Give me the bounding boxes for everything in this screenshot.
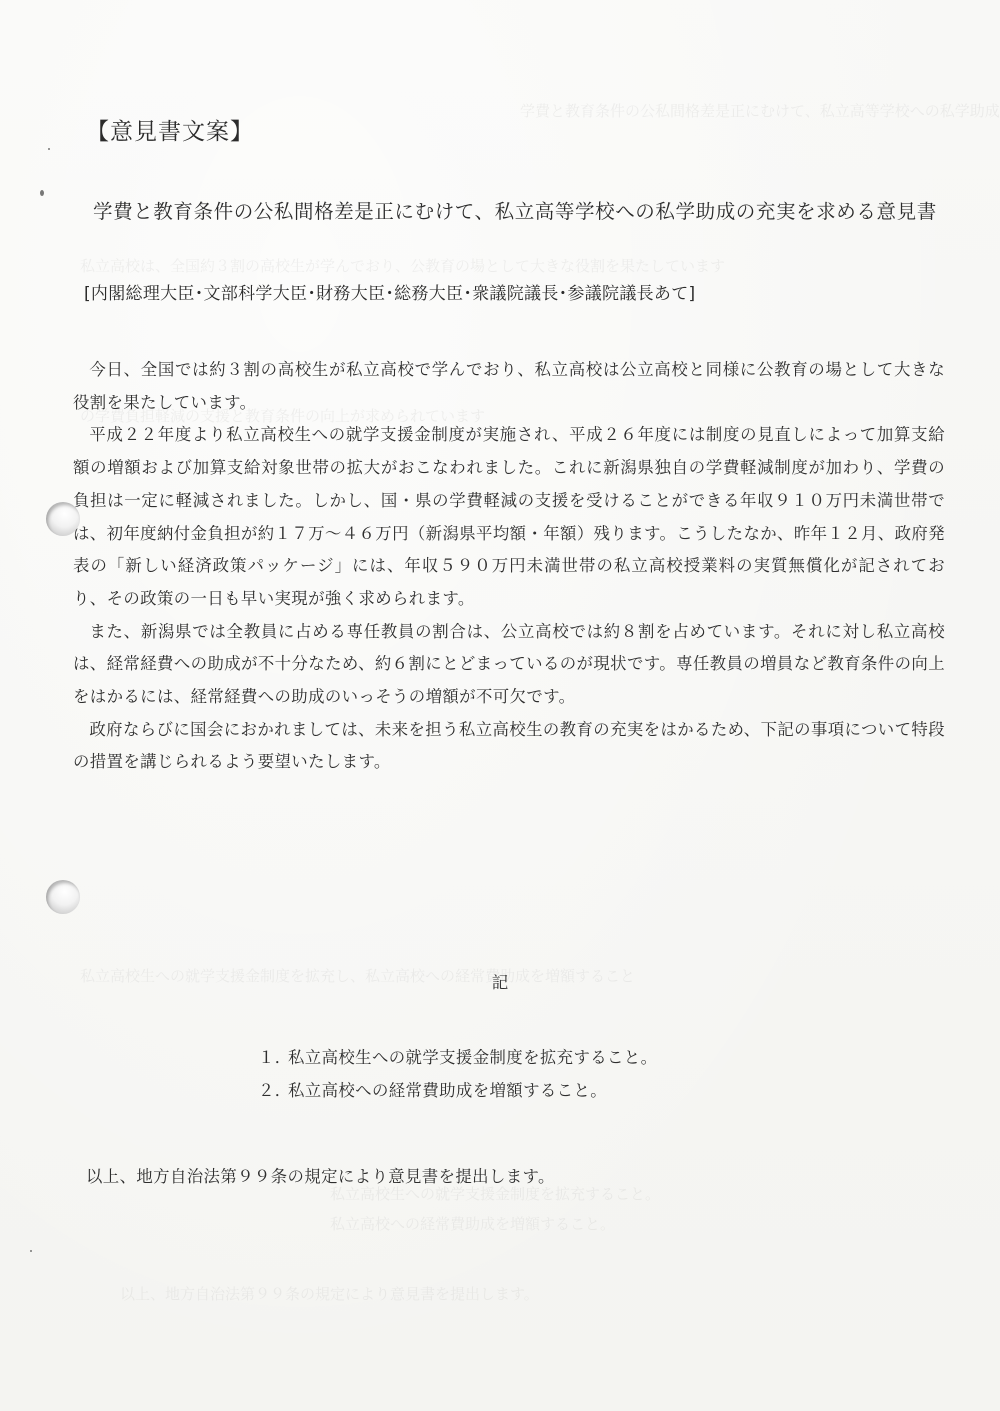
punch-hole-icon bbox=[46, 502, 80, 536]
request-item: １．私立高校生への就学支援金制度を拡充すること。 bbox=[258, 1041, 657, 1074]
document-body: 今日、全国では約３割の高校生が私立高校で学んでおり、私立高校は公立高校と同様に公… bbox=[73, 354, 945, 779]
item-number: １． bbox=[258, 1041, 288, 1074]
scan-speck bbox=[40, 190, 44, 196]
addressee-line: [内閣総理大臣･文部科学大臣･財務大臣･総務大臣･衆議院議長･参議院議長あて] bbox=[84, 279, 695, 304]
punch-hole-icon bbox=[46, 880, 80, 914]
document-title: 学費と教育条件の公私間格差是正にむけて、私立高等学校への私学助成の充実を求める意… bbox=[93, 196, 937, 224]
paragraph-teacher-ratio: また、新潟県では全教員に占める専任教員の割合は、公立高校では約８割を占めています… bbox=[73, 616, 945, 714]
item-number: ２． bbox=[258, 1074, 288, 1107]
paragraph-tuition-support: 平成２２年度より私立高校生への就学支援金制度が実施され、平成２６年度には制度の見… bbox=[73, 419, 945, 615]
scanned-document-page: 学費と教育条件の公私間格差是正にむけて、私立高等学校への私学助成の充実を求める意… bbox=[0, 0, 1000, 1411]
closing-statement: 以上、地方自治法第９９条の規定により意見書を提出します。 bbox=[86, 1163, 555, 1187]
request-items-list: １．私立高校生への就学支援金制度を拡充すること。 ２．私立高校への経常費助成を増… bbox=[258, 1041, 657, 1107]
bleed-through-text: 以上、地方自治法第９９条の規定により意見書を提出します。 bbox=[120, 1283, 539, 1304]
bleed-through-text: 私立高校への経常費助成を増額すること。 bbox=[330, 1213, 615, 1234]
scan-speck bbox=[30, 1250, 32, 1252]
item-text: 私立高校生への就学支援金制度を拡充すること。 bbox=[288, 1048, 657, 1067]
scan-speck bbox=[48, 148, 50, 150]
request-item: ２．私立高校への経常費助成を増額すること。 bbox=[258, 1074, 657, 1107]
document-label: 【意見書文案】 bbox=[86, 113, 254, 146]
bleed-through-text: 私立高校は、全国約３割の高校生が学んでおり、公教育の場として大きな役割を果たして… bbox=[80, 255, 725, 276]
paragraph-request: 政府ならびに国会におかれましては、未来を担う私立高校生の教育の充実をはかるため、… bbox=[73, 714, 945, 779]
bleed-through-text: 学費と教育条件の公私間格差是正にむけて、私立高等学校への私学助成の充実を求める意… bbox=[520, 100, 1000, 121]
paragraph-intro: 今日、全国では約３割の高校生が私立高校で学んでおり、私立高校は公立高校と同様に公… bbox=[73, 354, 945, 419]
ki-heading: 記 bbox=[0, 969, 1000, 993]
item-text: 私立高校への経常費助成を増額すること。 bbox=[288, 1081, 607, 1100]
